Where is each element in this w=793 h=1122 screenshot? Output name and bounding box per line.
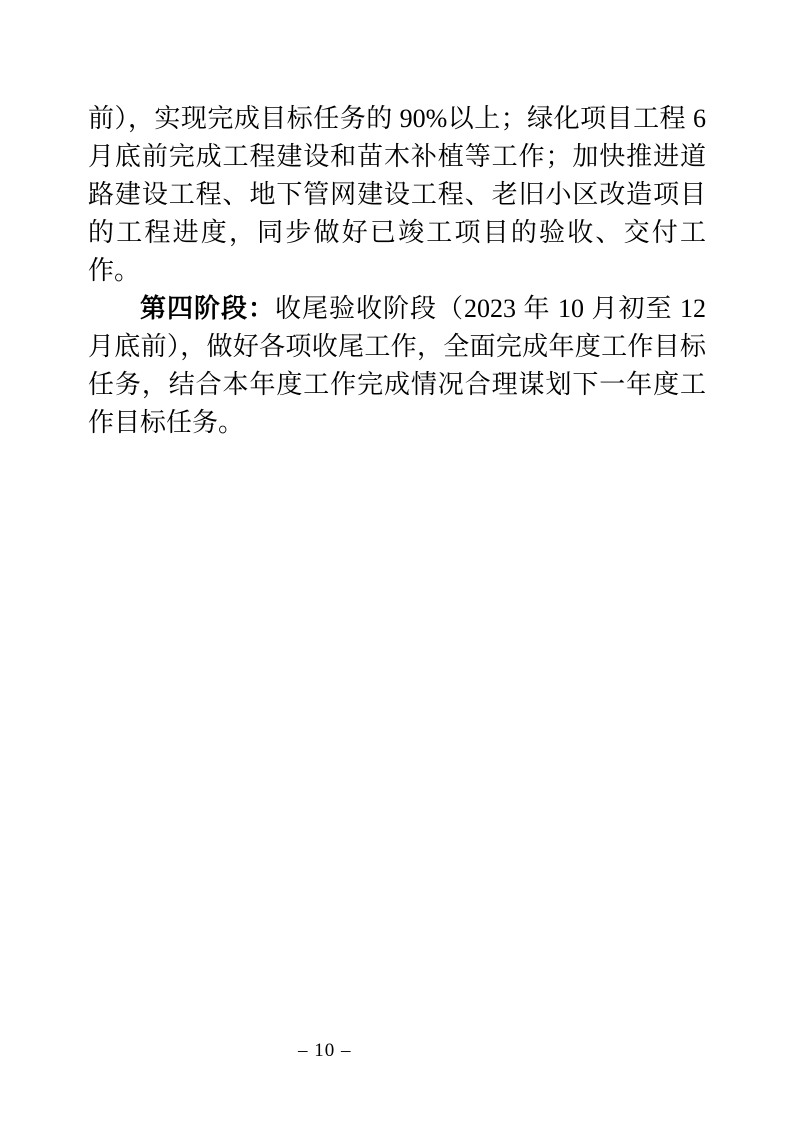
paragraph-continuation: 前），实现完成目标任务的 90%以上；绿化项目工程 6 月底前完成工程建设和苗木…: [88, 100, 706, 290]
paragraph-text: 前），实现完成目标任务的 90%以上；绿化项目工程 6 月底前完成工程建设和苗木…: [88, 104, 706, 285]
document-page: 前），实现完成目标任务的 90%以上；绿化项目工程 6 月底前完成工程建设和苗木…: [0, 0, 793, 1122]
page-number: – 10 –: [298, 1040, 352, 1062]
paragraph-stage-four: 第四阶段：收尾验收阶段（2023 年 10 月初至 12 月底前），做好各项收尾…: [88, 290, 706, 442]
document-body-text: 前），实现完成目标任务的 90%以上；绿化项目工程 6 月底前完成工程建设和苗木…: [88, 100, 706, 442]
paragraph-lead-bold: 第四阶段：: [140, 294, 275, 323]
